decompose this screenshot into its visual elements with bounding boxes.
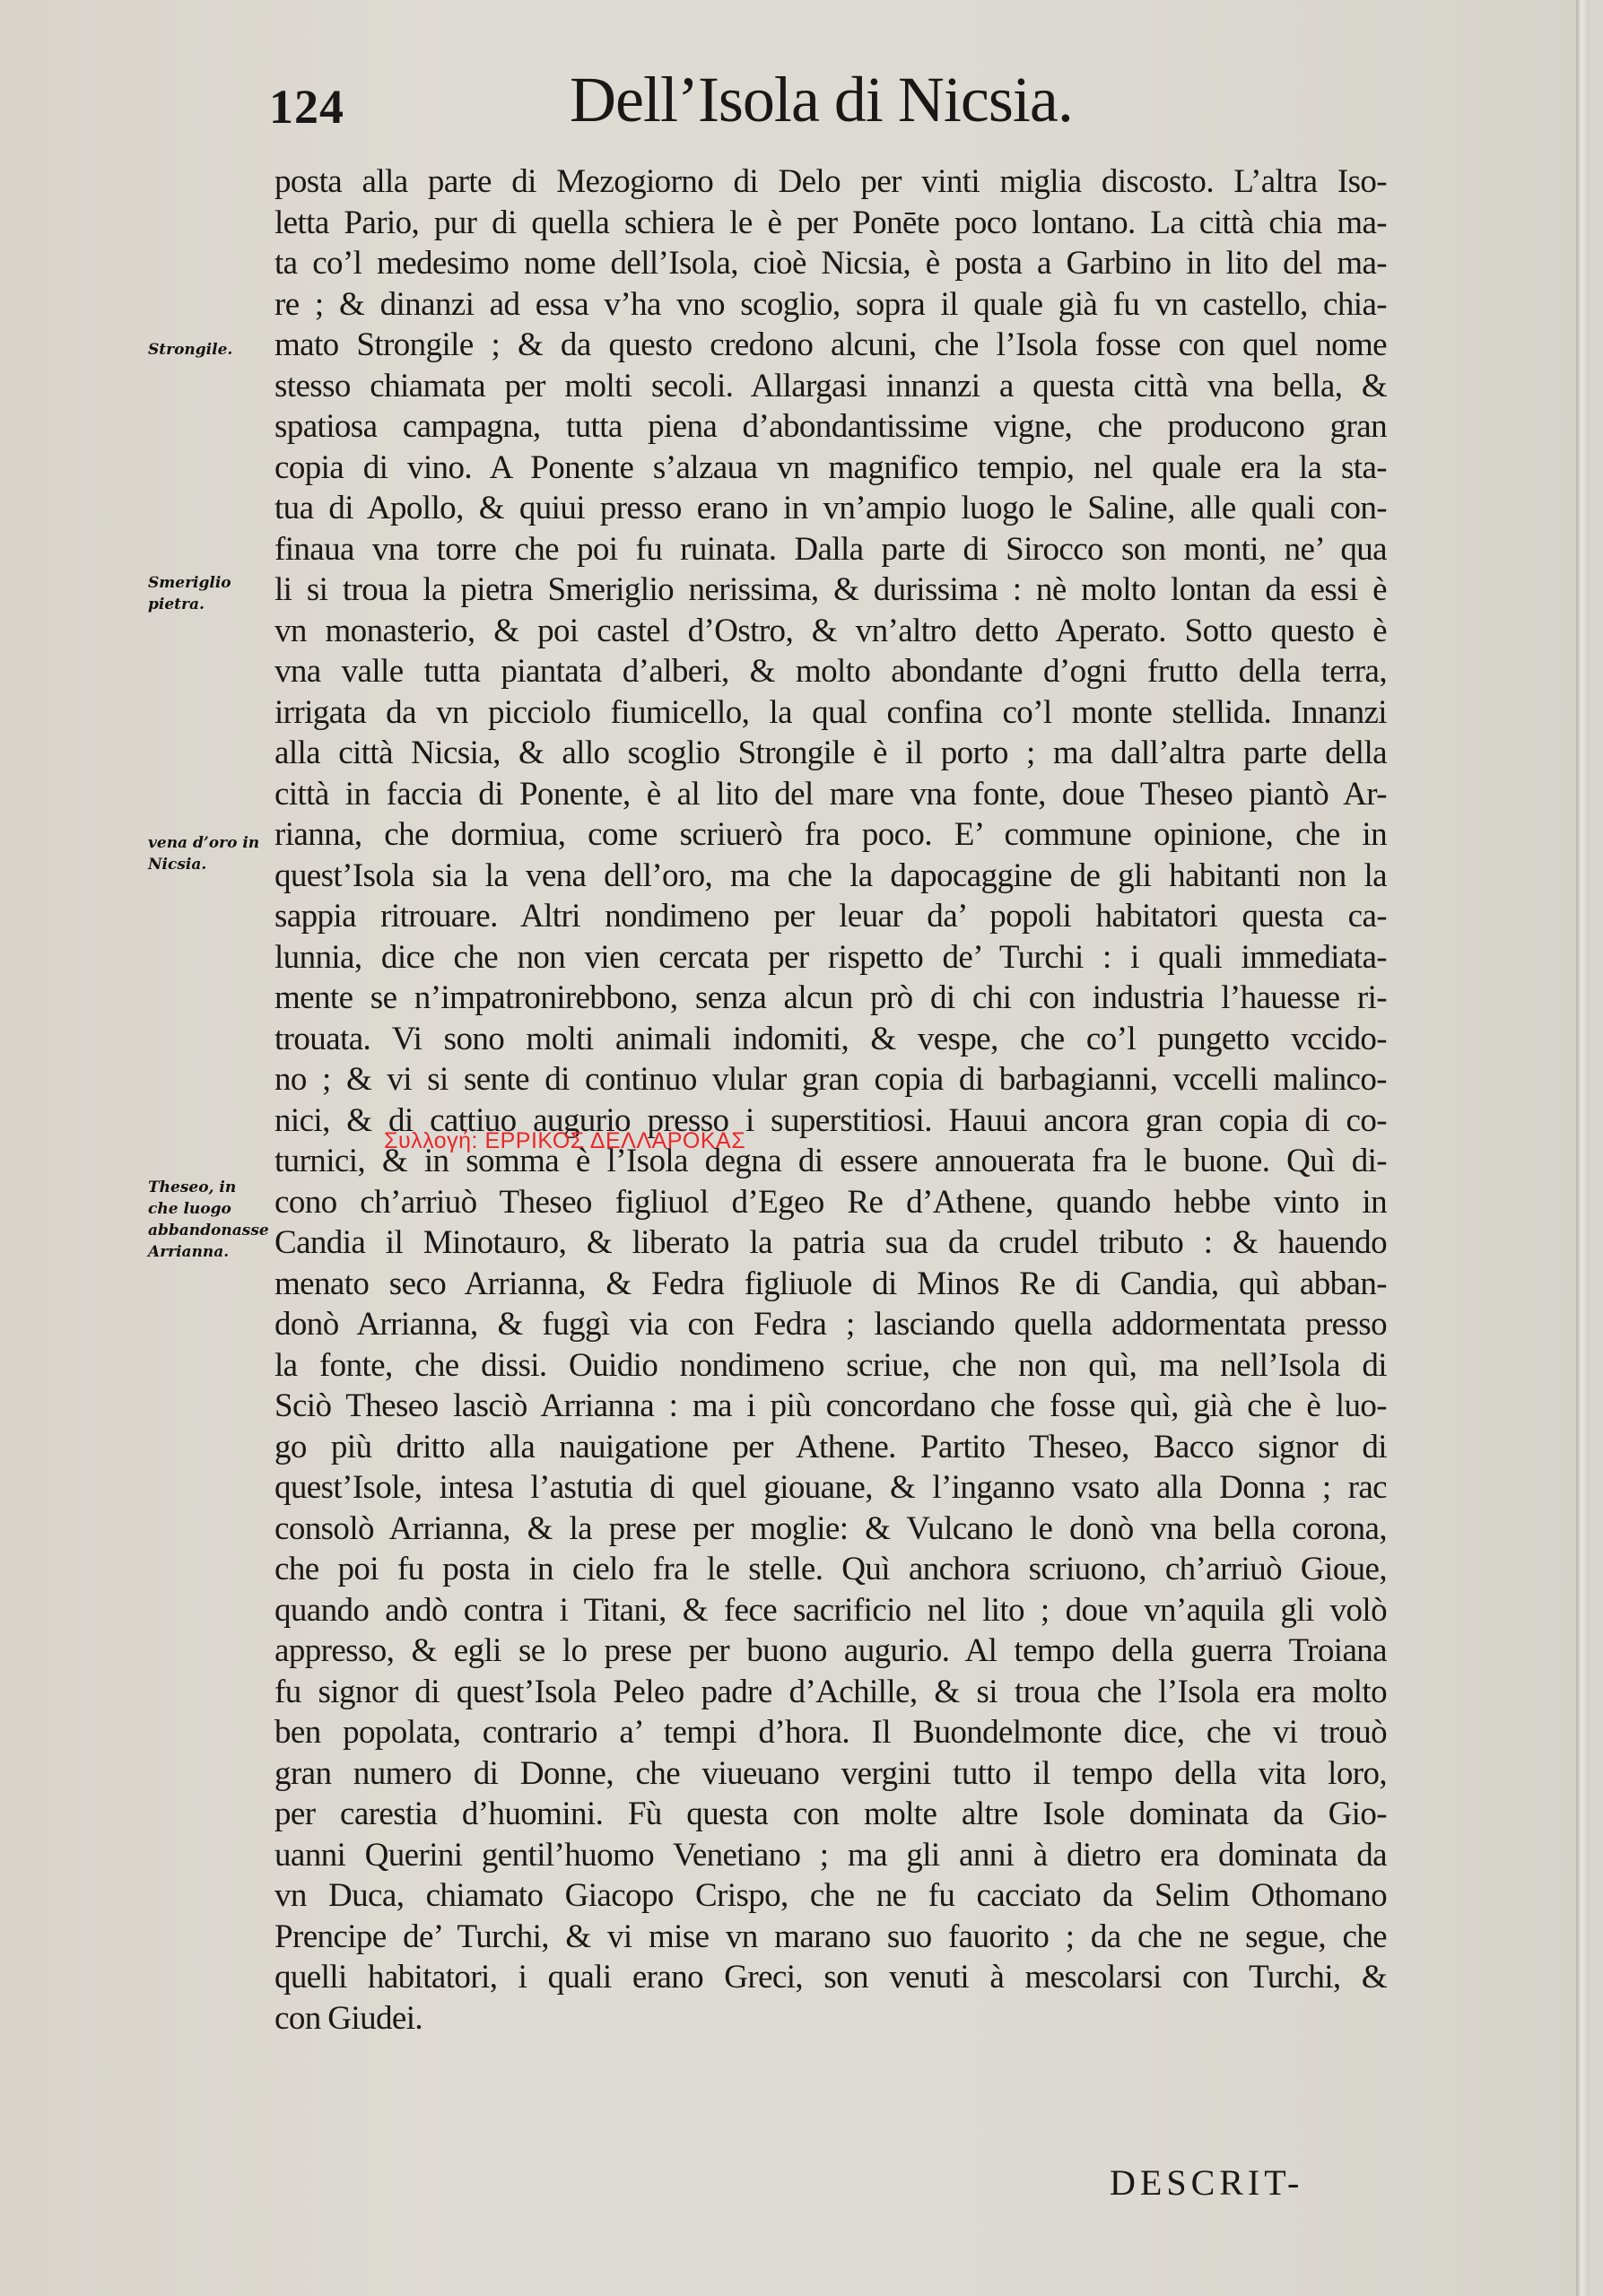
marginal-note: Strongile. — [148, 339, 260, 361]
text-line: go più dritto alla nauigatione per Athen… — [274, 1427, 1387, 1468]
page-header: 124 Dell’Isola di Nicsia. 1 — [269, 63, 1390, 143]
text-line: alla città Nicsia, & allo scoglio Strong… — [274, 733, 1387, 774]
text-line: cono ch’arriuò Theseo figliuol d’Egeo Re… — [274, 1182, 1387, 1223]
text-line: ben popolata, contrario a’ tempi d’hora.… — [274, 1712, 1387, 1753]
text-line: per carestia d’huomini. Fù questa con mo… — [274, 1794, 1387, 1835]
text-line: no ; & vi si sente di continuo vlular gr… — [274, 1059, 1387, 1100]
text-line: mato Strongile ; & da questo credono alc… — [274, 325, 1387, 366]
text-line: consolò Arrianna, & la prese per moglie:… — [274, 1509, 1387, 1550]
text-line: che poi fu posta in cielo fra le stelle.… — [274, 1549, 1387, 1590]
text-line: vn Duca, chiamato Giacopo Crispo, che ne… — [274, 1875, 1387, 1917]
text-line: irrigata da vn picciolo fiumicello, la q… — [274, 692, 1387, 734]
text-line: posta alla parte di Mezogiorno di Delo p… — [274, 161, 1387, 203]
text-line: trouata. Vi sono molti animali indomiti,… — [274, 1019, 1387, 1060]
main-text-block: posta alla parte di Mezogiorno di Delo p… — [274, 161, 1387, 2039]
text-line: lunnia, dice che non vien cercata per ri… — [274, 937, 1387, 978]
text-line: copia di vino. A Ponente s’alzaua vn mag… — [274, 448, 1387, 489]
page-number: 124 — [269, 79, 344, 135]
running-title: Dell’Isola di Nicsia. — [570, 63, 1073, 137]
collection-watermark: Συλλογή: ΕΡΡΙΚΟΣ ΔΕΛΛΑΡΟΚΑΣ — [384, 1128, 745, 1154]
text-line: quest’Isola sia la vena dell’oro, ma che… — [274, 856, 1387, 897]
text-line: spatiosa campagna, tutta piena d’abondan… — [274, 406, 1387, 448]
text-line: vn monasterio, & poi castel d’Ostro, & v… — [274, 611, 1387, 652]
text-line: stesso chiamata per molti secoli. Allarg… — [274, 366, 1387, 407]
page-edge — [1576, 0, 1590, 2296]
text-line: Candia il Minotauro, & liberato la patri… — [274, 1222, 1387, 1264]
text-line: ta co’l medesimo nome dell’Isola, cioè N… — [274, 243, 1387, 284]
text-line: sappia ritrouare. Altri nondimeno per le… — [274, 896, 1387, 937]
text-line: Prencipe de’ Turchi, & vi mise vn marano… — [274, 1917, 1387, 1958]
text-line: finaua vna torre che poi fu ruinata. Dal… — [274, 529, 1387, 570]
text-line: rianna, che dormiua, come scriuerò fra p… — [274, 814, 1387, 856]
text-line: quando andò contra i Titani, & fece sacr… — [274, 1590, 1387, 1631]
text-line: fu signor di quest’Isola Peleo padre d’A… — [274, 1672, 1387, 1713]
text-line: donò Arrianna, & fuggì via con Fedra ; l… — [274, 1304, 1387, 1345]
text-line: mente se n’impatronirebbono, senza alcun… — [274, 978, 1387, 1019]
book-page: 124 Dell’Isola di Nicsia. 1 posta alla p… — [0, 0, 1590, 2296]
catchword: DESCRIT- — [1110, 2161, 1303, 2204]
marginal-note: Theseo, in che luogo abbandonasse Arrian… — [148, 1177, 260, 1263]
text-line: gran numero di Donne, che viueuano vergi… — [274, 1753, 1387, 1795]
text-line: la fonte, che dissi. Ouidio nondimeno sc… — [274, 1345, 1387, 1387]
text-line: li si troua la pietra Smeriglio nerissim… — [274, 570, 1387, 611]
text-line: menato seco Arrianna, & Fedra figliuole … — [274, 1264, 1387, 1305]
text-line: re ; & dinanzi ad essa v’ha vno scoglio,… — [274, 284, 1387, 326]
text-line: Sciò Theseo lasciò Arrianna : ma i più c… — [274, 1386, 1387, 1427]
text-line: con Giudei. — [274, 1998, 1387, 2039]
text-line: città in faccia di Ponente, è al lito de… — [274, 774, 1387, 815]
text-line: appresso, & egli se lo prese per buono a… — [274, 1631, 1387, 1672]
text-line: tua di Apollo, & quiui presso erano in v… — [274, 488, 1387, 529]
marginal-note: Smeriglio pietra. — [148, 572, 260, 615]
marginal-note: vena d’oro in Nicsia. — [148, 832, 260, 875]
text-line: quelli habitatori, i quali erano Greci, … — [274, 1957, 1387, 1998]
text-line: vna valle tutta piantata d’alberi, & mol… — [274, 651, 1387, 692]
text-line: quest’Isole, intesa l’astutia di quel gi… — [274, 1467, 1387, 1509]
text-line: letta Pario, pur di quella schiera le è … — [274, 203, 1387, 244]
text-line: uanni Querini gentil’huomo Venetiano ; m… — [274, 1835, 1387, 1876]
